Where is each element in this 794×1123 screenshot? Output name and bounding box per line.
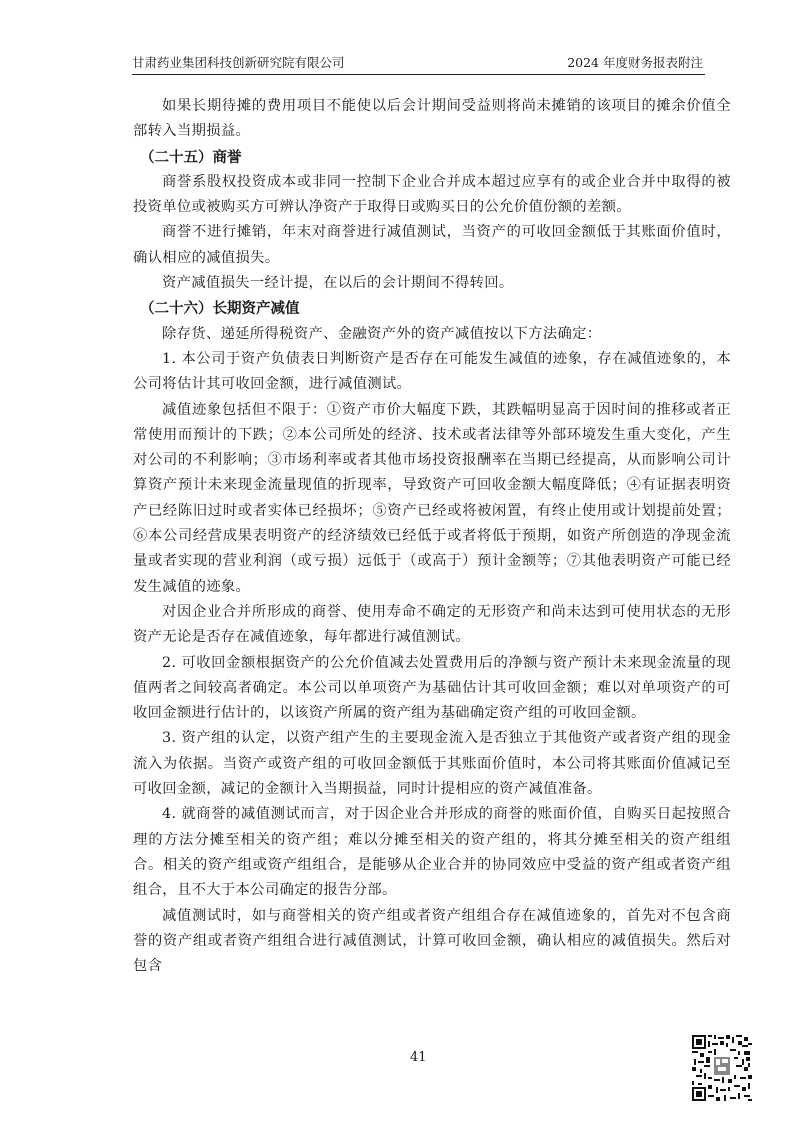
paragraph-item-2: 2. 可收回金额根据资产的公允价值减去处置费用后的净额与资产预计未来现金流量的现… xyxy=(133,651,731,727)
paragraph-annual-test: 对因企业合并所形成的商誉、使用寿命不确定的无形资产和尚未达到可使用状态的无形资产… xyxy=(133,600,731,651)
report-title: 2024 年度财务报表附注 xyxy=(567,54,703,72)
paragraph-item-3: 3. 资产组的认定，以资产组产生的主要现金流入是否独立于其他资产或者资产组的现金… xyxy=(133,726,731,802)
document-body: 如果长期待摊的费用项目不能使以后会计期间受益则将尚未摊销的该项目的摊余价值全部转… xyxy=(133,94,731,979)
paragraph-item-4: 4. 就商誉的减值测试而言，对于因企业合并形成的商誉的账面价值，自购买日起按照合… xyxy=(133,802,731,903)
company-name: 甘肃药业集团科技创新研究院有限公司 xyxy=(132,54,345,72)
section-heading-long-term-impairment: （二十六）长期资产减值 xyxy=(133,296,731,321)
paragraph-amortization: 如果长期待摊的费用项目不能使以后会计期间受益则将尚未摊销的该项目的摊余价值全部转… xyxy=(133,94,731,145)
paragraph-impairment-test: 减值测试时，如与商誉相关的资产组或者资产组组合存在减值迹象的，首先对不包含商誉的… xyxy=(133,904,731,980)
paragraph-scope: 除存货、递延所得税资产、金融资产外的资产减值按以下方法确定： xyxy=(133,322,731,347)
paragraph-goodwill-impairment: 商誉不进行摊销，年末对商誉进行减值测试，当资产的可收回金额低于其账面价值时，确认… xyxy=(133,220,731,271)
paragraph-no-reversal: 资产减值损失一经计提，在以后的会计期间不得转回。 xyxy=(133,271,731,296)
qr-code-icon xyxy=(692,1035,752,1101)
page-header: 甘肃药业集团科技创新研究院有限公司 2024 年度财务报表附注 xyxy=(132,54,705,75)
section-heading-goodwill: （二十五）商誉 xyxy=(133,145,731,170)
paragraph-item-1: 1. 本公司于资产负债表日判断资产是否存在可能发生减值的迹象，存在减值迹象的，本… xyxy=(133,347,731,398)
page-number: 41 xyxy=(410,1050,427,1065)
paragraph-goodwill-definition: 商誉系股权投资成本或非同一控制下企业合并成本超过应享有的或企业合并中取得的被投资… xyxy=(133,170,731,221)
paragraph-impairment-indicators: 减值迹象包括但不限于：①资产市价大幅度下跌，其跌幅明显高于因时间的推移或者正常使… xyxy=(133,398,731,600)
